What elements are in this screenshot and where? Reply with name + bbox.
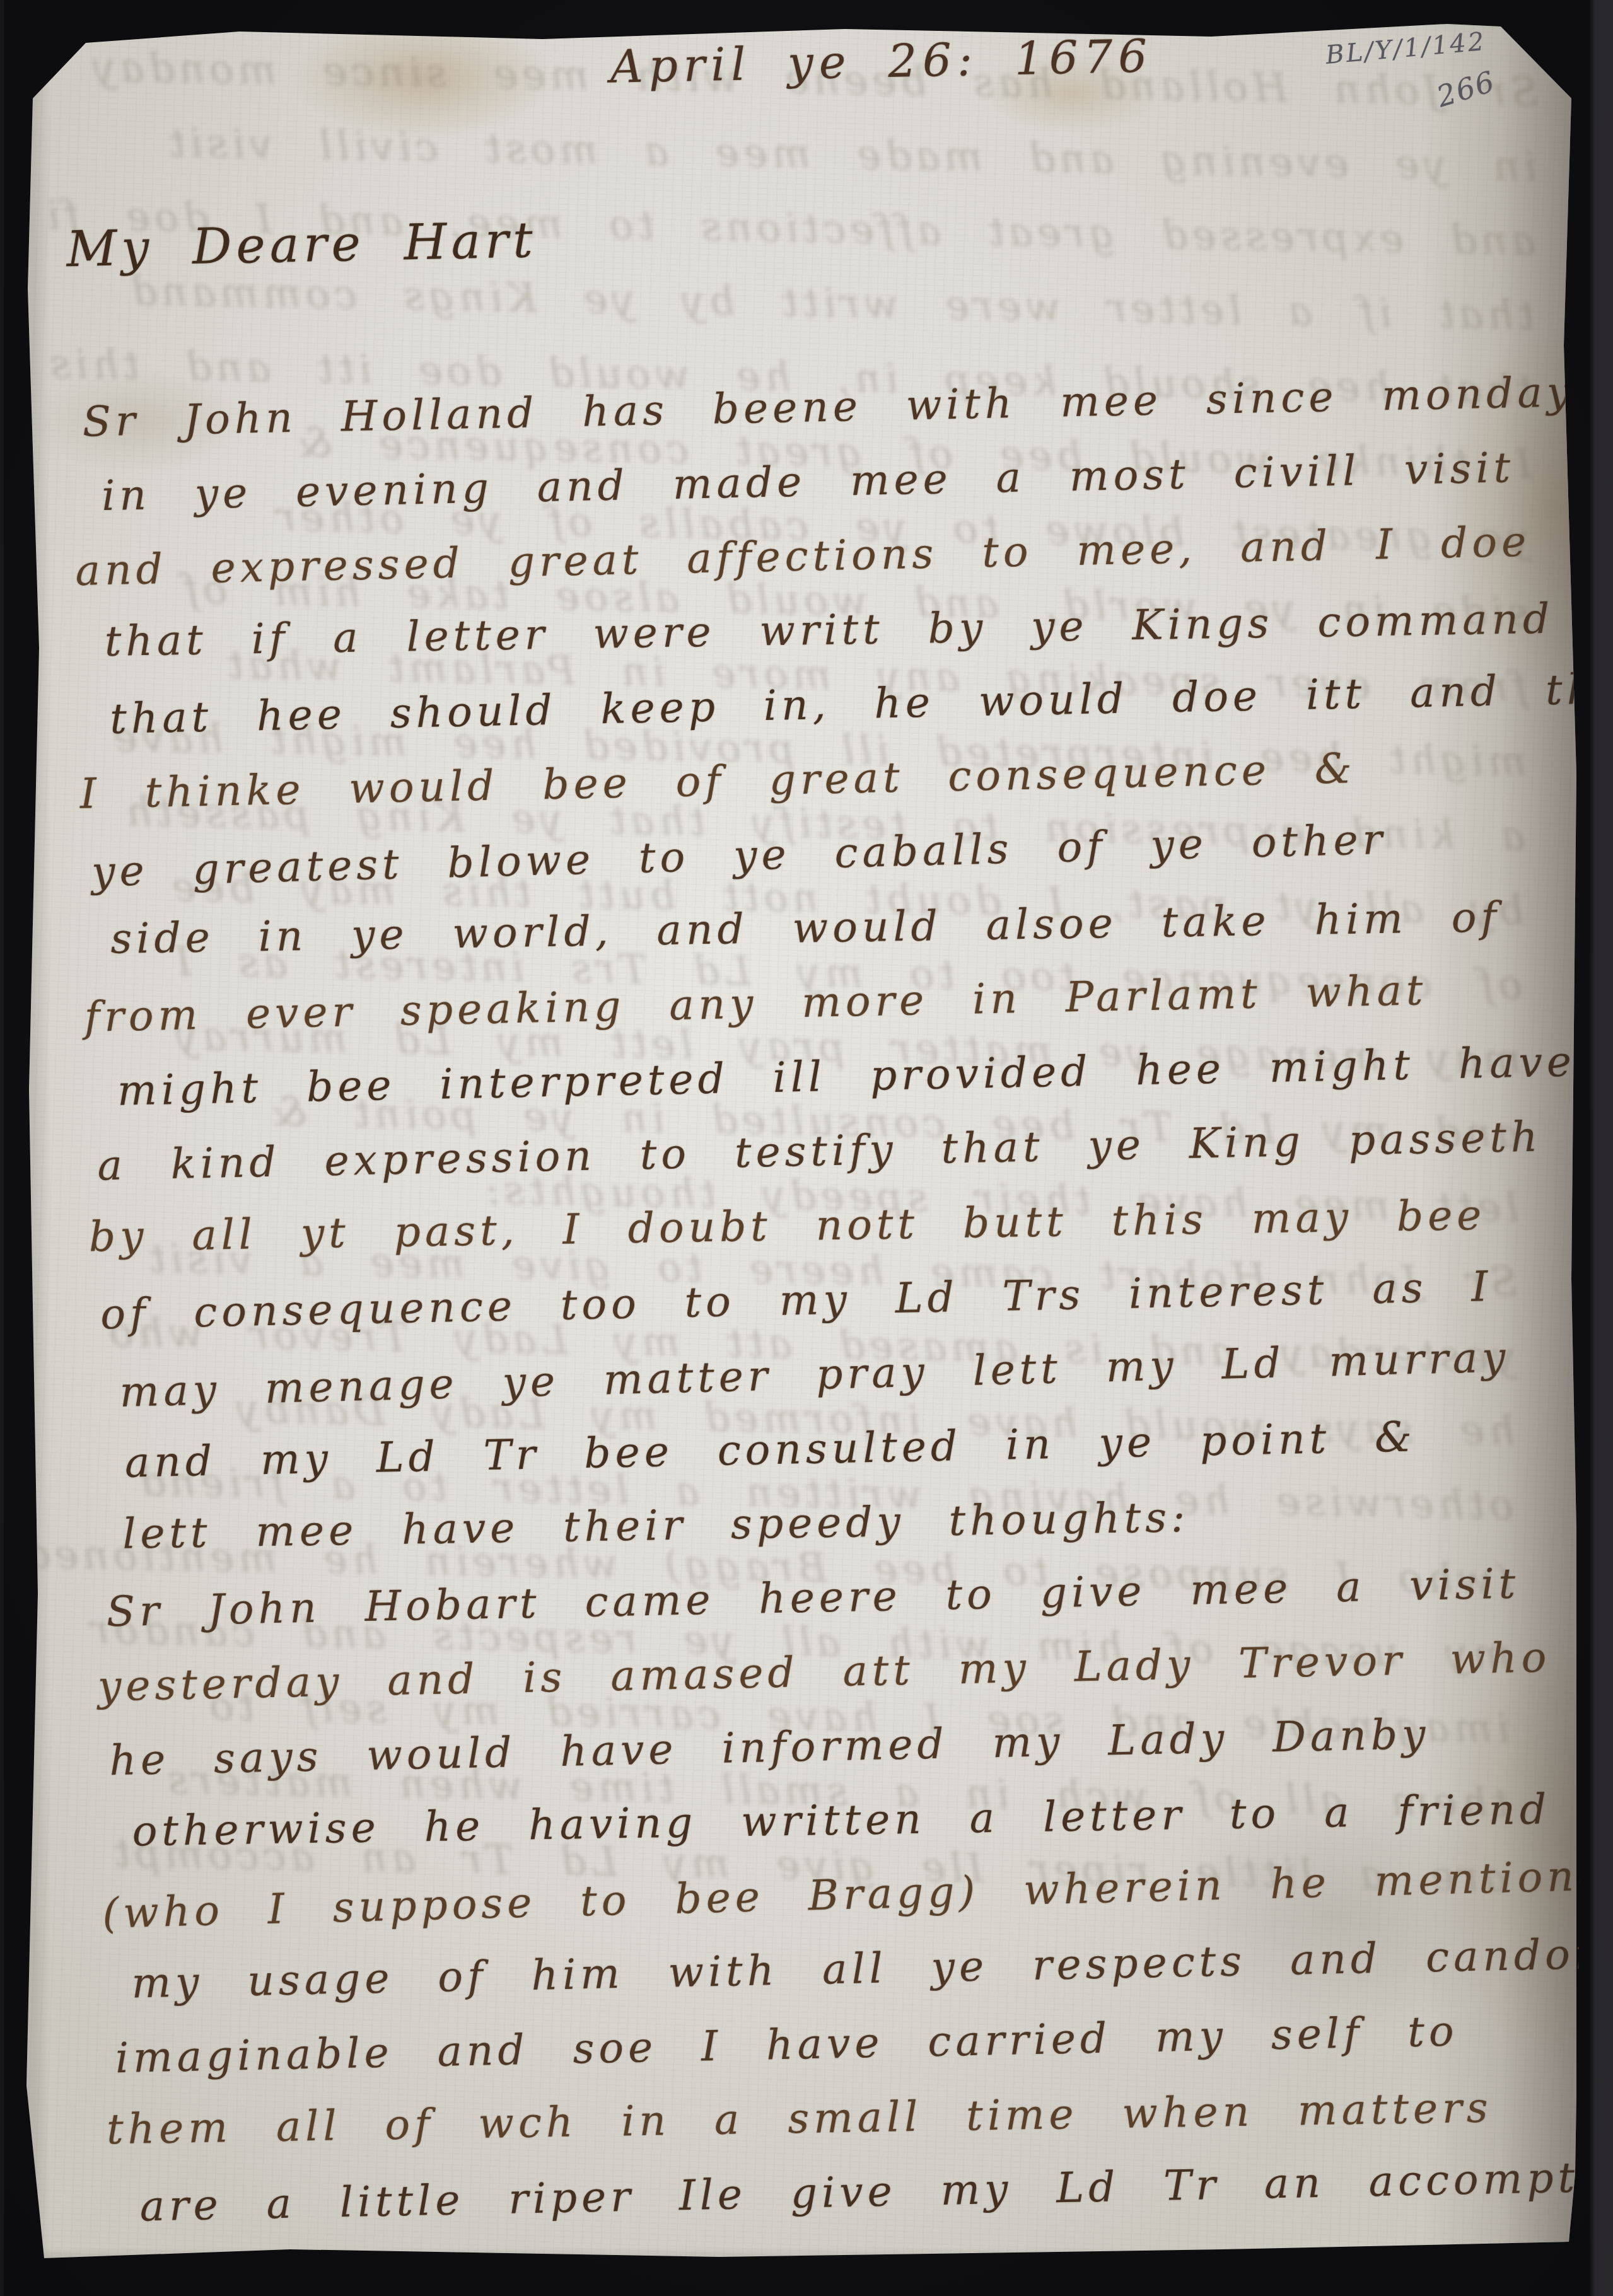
salutation: My Deare Hart [66,212,537,278]
manuscript-photograph: Sr John Holland has beene with mee since… [0,0,1613,2296]
letter-page: Sr John Holland has beene with mee since… [25,18,1576,2270]
letter-text: April ye 26: 1676 My Deare Hart Sr John … [23,0,1613,2271]
date-line: April ye 26: 1676 [610,30,1153,93]
letter-body: Sr John Holland has beene with mee since… [63,355,1613,2245]
